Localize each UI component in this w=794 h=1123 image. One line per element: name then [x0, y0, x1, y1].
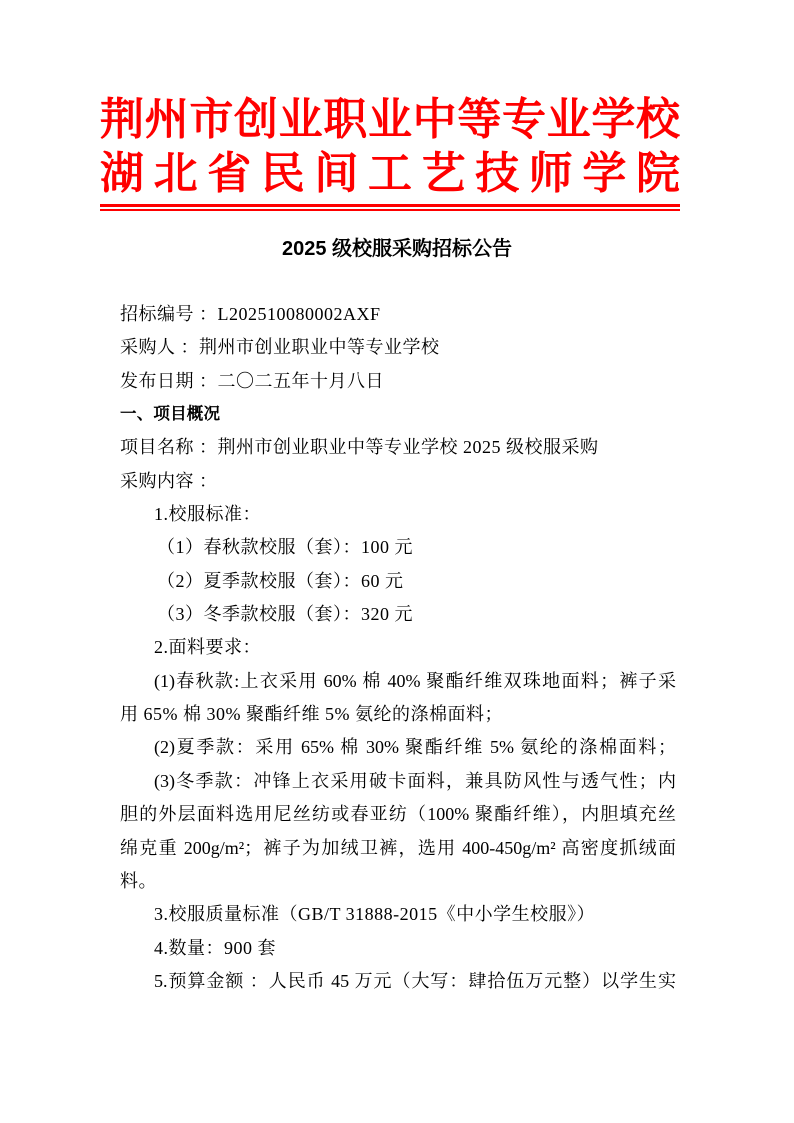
fabric-spring-autumn-line-1: (1)春秋款:上衣采用 60% 棉 40% 聚酯纤维双珠地面料；裤子采: [120, 665, 676, 698]
letterhead-title: 荆州市创业职业中等专业学校 湖北省民间工艺技师学院: [100, 93, 680, 211]
fabric-winter-line-1: (3)冬季款：冲锋上衣采用破卡面料，兼具防风性与透气性；内: [120, 765, 676, 798]
uniform-standard-winter: （3）冬季款校服（套）：320 元: [120, 598, 676, 631]
fabric-spring-autumn-line-2: 用 65% 棉 30% 聚酯纤维 5% 氨纶的涤棉面料；: [120, 698, 676, 731]
document-subtitle: 2025 级校服采购招标公告: [0, 232, 794, 261]
document-page: 荆州市创业职业中等专业学校 湖北省民间工艺技师学院 2025 级校服采购招标公告…: [0, 0, 794, 1123]
project-name-line: 项目名称 ：荆州市创业职业中等专业学校 2025 级校服采购: [120, 431, 676, 464]
bid-number-line: 招标编号 ：L202510080002AXF: [120, 298, 676, 331]
uniform-standard-summer: （2）夏季款校服（套）：60 元: [120, 565, 676, 598]
quality-standard-line: 3.校服质量标准（GB/T 31888-2015《中小学生校服》）: [120, 898, 676, 931]
fabric-summer-line: (2)夏季款：采用 65% 棉 30% 聚酯纤维 5% 氨纶的涤棉面料；: [120, 731, 676, 764]
quantity-line: 4.数量：900 套: [120, 932, 676, 965]
uniform-standard-spring-autumn: （1）春秋款校服（套）：100 元: [120, 531, 676, 564]
budget-line: 5.预算金额 ：人民币 45 万元（大写：肆拾伍万元整）以学生实: [120, 965, 676, 998]
fabric-winter-line-2: 胆的外层面料选用尼丝纺或春亚纺（100% 聚酯纤维），内胆填充丝: [120, 798, 676, 831]
letterhead-title-line-2: 湖北省民间工艺技师学院: [100, 147, 680, 201]
purchase-content-label: 采购内容 ：: [120, 465, 676, 498]
section-heading-overview: 一、项目概况: [120, 398, 676, 431]
document-body: 招标编号 ：L202510080002AXF 采购人 ：荆州市创业职业中等专业学…: [120, 298, 676, 998]
purchaser-line: 采购人 ：荆州市创业职业中等专业学校: [120, 331, 676, 364]
publish-date-line: 发布日期 ：二〇二五年十月八日: [120, 365, 676, 398]
fabric-winter-line-4: 料。: [120, 865, 676, 898]
fabric-winter-line-3: 绵克重 200g/m²；裤子为加绒卫裤，选用 400-450g/m² 高密度抓绒…: [120, 832, 676, 865]
title-double-underline: [100, 204, 680, 211]
letterhead-title-line-1: 荆州市创业职业中等专业学校: [100, 93, 680, 147]
fabric-requirements-title: 2.面料要求：: [120, 631, 676, 664]
uniform-standard-title: 1.校服标准：: [120, 498, 676, 531]
